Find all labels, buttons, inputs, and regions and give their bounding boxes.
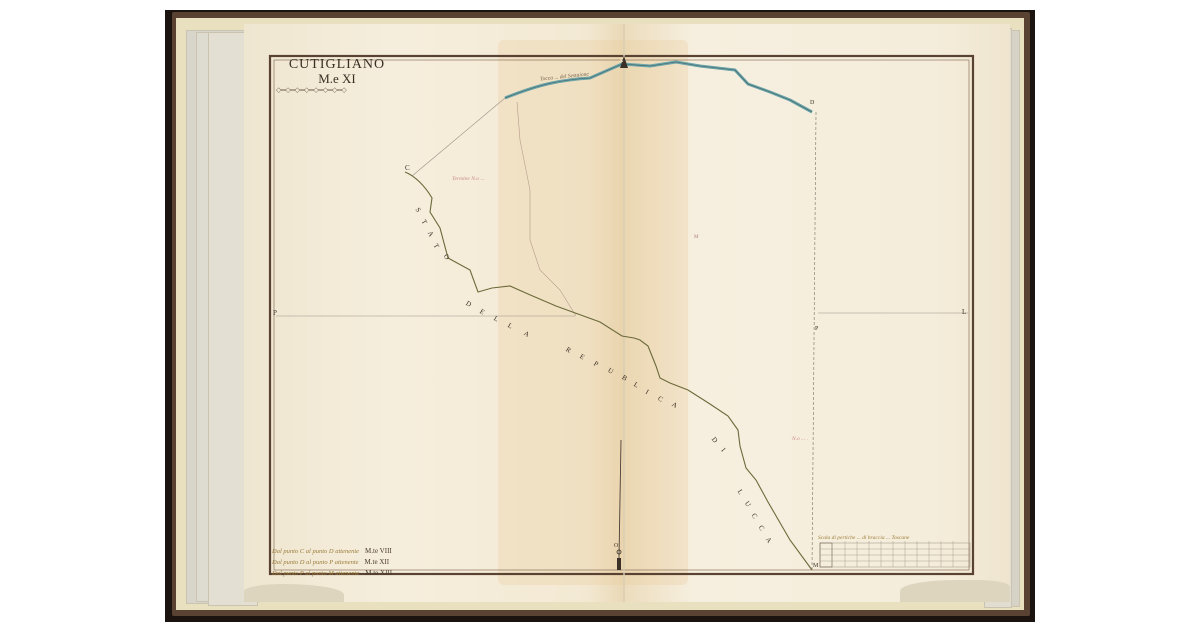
legend-ref: M.te XII (365, 558, 390, 566)
point-label-L: L (962, 308, 966, 316)
map-title: CUTIGLIANO (282, 58, 392, 72)
map-subtitle: M.e XI (282, 72, 392, 86)
point-label-M: M (813, 563, 818, 569)
inner-boundary-line (517, 102, 576, 316)
map-border-outer (270, 56, 973, 574)
boundary-legend: Dal punto C al punto D attenenteM.te VII… (272, 546, 392, 579)
legend-row: Dal punto D al punto P attenenteM.te XII (272, 557, 392, 568)
boundary-marker-note: Termine N.o ... (452, 176, 485, 182)
map-title-block: CUTIGLIANO M.e XI (282, 58, 392, 86)
point-label-m: M (694, 235, 698, 240)
legend-row: Dal punto C al punto D attenenteM.te VII… (272, 546, 392, 557)
point-label-P-right: P (815, 326, 818, 332)
legend-text: Dal punto C al punto D attenente (272, 548, 359, 555)
boundary-marker-note-right: N.o ... . (792, 436, 808, 442)
river-sestaione (505, 62, 812, 112)
point-label-A: A (619, 58, 623, 64)
dotted-meridian (812, 112, 816, 570)
central-meridian (619, 440, 621, 558)
map-drawing (0, 0, 1200, 628)
scale-bar (820, 541, 970, 567)
legend-ref: M.te VIII (365, 547, 392, 555)
point-label-O: O (614, 543, 618, 549)
scanned-atlas-spread: CUTIGLIANO M.e XI ◇═◇═◇═◇═◇═◇═◇═◇ C D M … (0, 0, 1200, 628)
title-ornament: ◇═◇═◇═◇═◇═◇═◇═◇ (276, 86, 346, 94)
point-label-P-left: P (273, 309, 277, 317)
point-label-D: D (810, 100, 814, 106)
scale-title: Scala di pertiche ... di braccia ... Tos… (818, 535, 909, 541)
legend-text: Dal punto D al punto P attenente (272, 559, 359, 566)
pointer-marker (617, 558, 621, 570)
legend-text: Dal punto P al punto M attenente (272, 570, 359, 577)
legend-row: Dal punto P al punto M attenenteM.te XII… (272, 568, 392, 579)
point-label-C: C (405, 164, 410, 172)
map-border-inner (274, 60, 969, 570)
legend-ref: M.te XIII (365, 569, 392, 577)
